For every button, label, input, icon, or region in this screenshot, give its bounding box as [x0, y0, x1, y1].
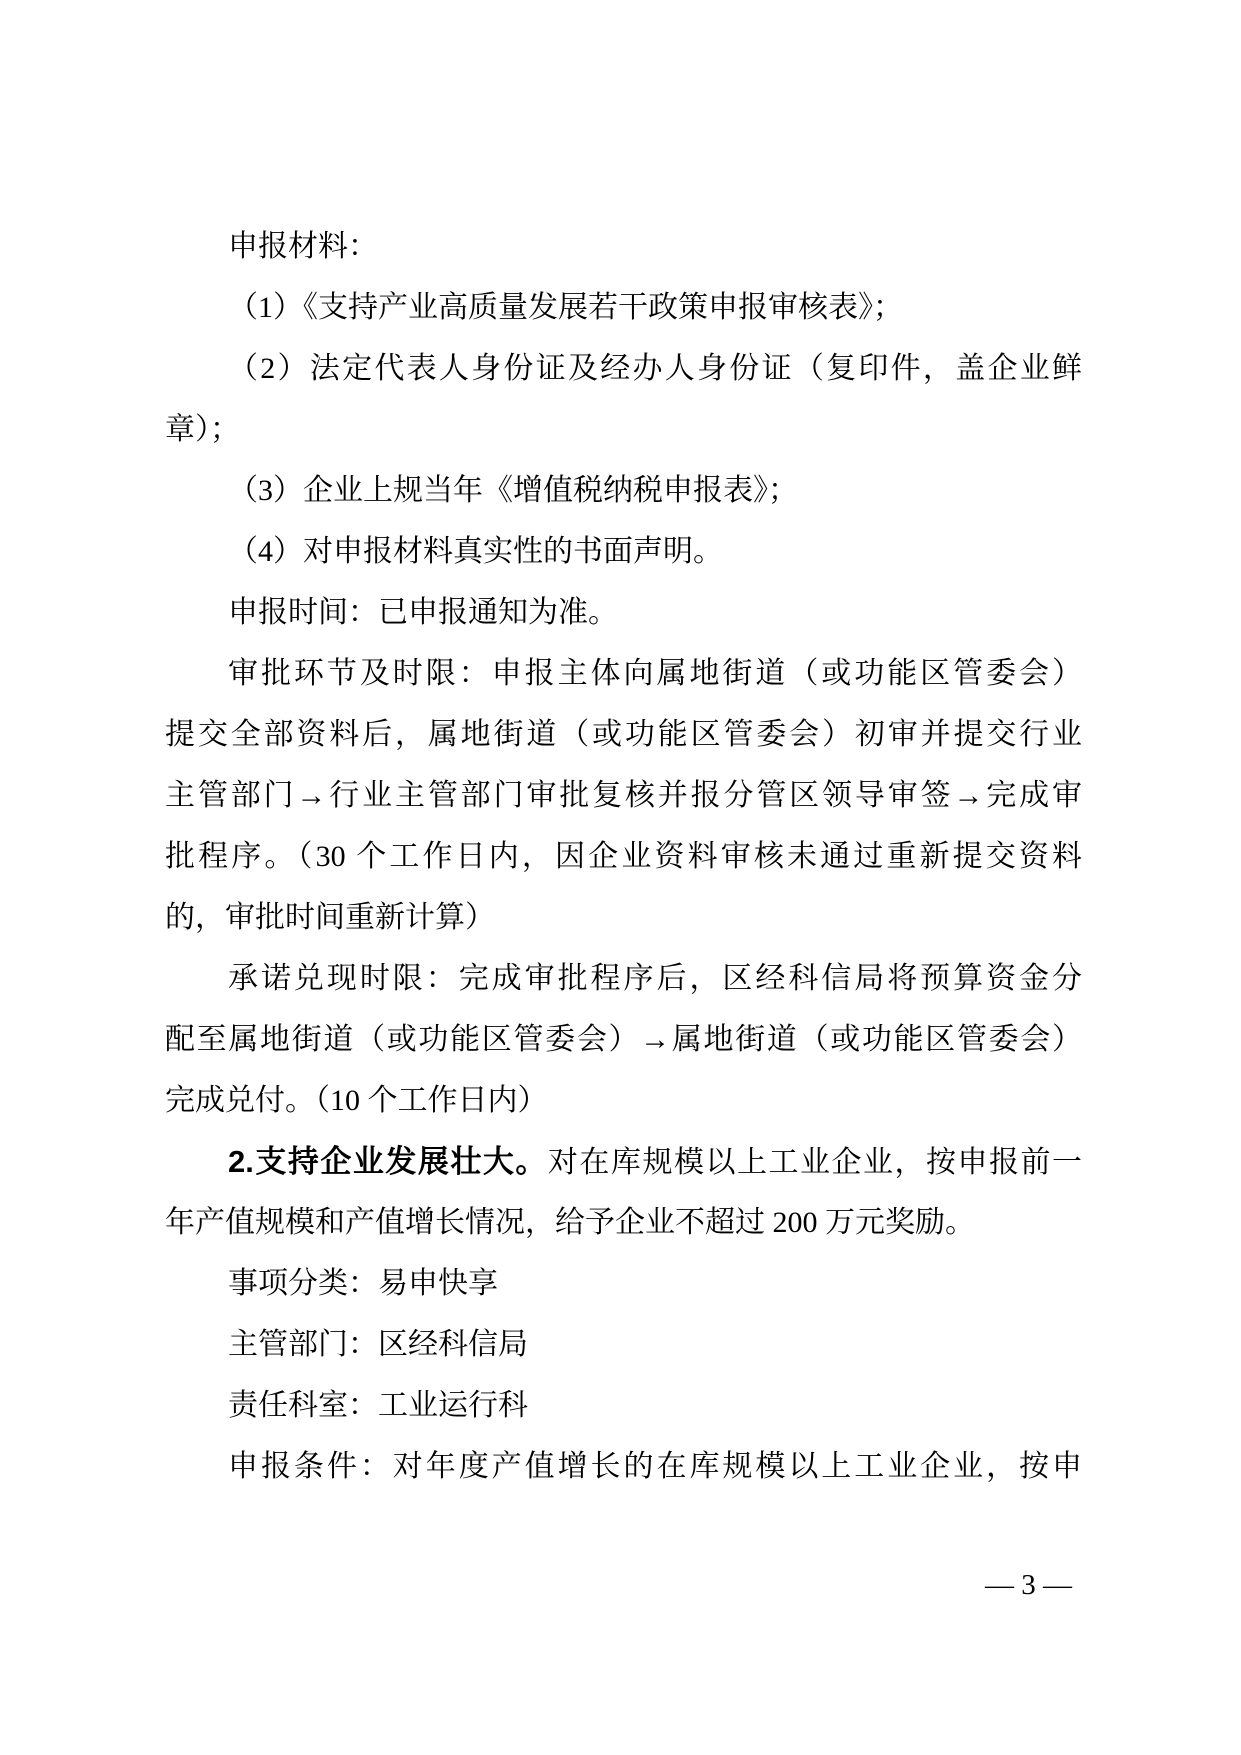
text-line: 申报材料：: [165, 216, 1082, 277]
text-run: 主管部门：区经科信局: [228, 1328, 528, 1361]
text-run: 提交全部资料后，属地街道（或功能区管委会）初审并提交行业: [165, 718, 1082, 751]
text-run: 批程序。（30 个工作日内，因企业资料审核未通过重新提交资料: [165, 840, 1082, 873]
text-line: 年产值规模和产值增长情况，给予企业不超过 200 万元奖励。: [165, 1192, 1082, 1253]
section-heading: 2.支持企业发展壮大。: [228, 1144, 548, 1179]
text-run: 申报条件：对年度产值增长的在库规模以上工业企业，按申: [228, 1450, 1082, 1483]
text-line: 申报条件：对年度产值增长的在库规模以上工业企业，按申: [165, 1436, 1082, 1497]
page-number: — 3 —: [985, 1565, 1072, 1605]
text-line: 章）；: [165, 399, 1082, 460]
text-line: 主管部门→行业主管部门审批复核并报分管区领导审签→完成审: [165, 765, 1082, 826]
text-line: 的，审批时间重新计算）: [165, 887, 1082, 948]
text-line: 2.支持企业发展壮大。对在库规模以上工业企业，按申报前一: [165, 1131, 1082, 1192]
document-body: 申报材料：（1）《支持产业高质量发展若干政策申报审核表》；（2）法定代表人身份证…: [165, 216, 1082, 1497]
text-line: （4）对申报材料真实性的书面声明。: [165, 521, 1082, 582]
text-run: 主管部门→行业主管部门审批复核并报分管区领导审签→完成审: [165, 779, 1082, 812]
text-run: 申报材料：: [228, 230, 378, 263]
text-line: 配至属地街道（或功能区管委会）→属地街道（或功能区管委会）: [165, 1009, 1082, 1070]
text-line: （1）《支持产业高质量发展若干政策申报审核表》；: [165, 277, 1082, 338]
text-run: 的，审批时间重新计算）: [165, 901, 495, 934]
text-run: 申报时间：已申报通知为准。: [228, 596, 618, 629]
text-line: （3）企业上规当年《增值税纳税申报表》；: [165, 460, 1082, 521]
text-run: 年产值规模和产值增长情况，给予企业不超过 200 万元奖励。: [165, 1206, 975, 1239]
text-line: 承诺兑现时限：完成审批程序后，区经科信局将预算资金分: [165, 948, 1082, 1009]
text-run: 事项分类：易申快享: [228, 1267, 498, 1300]
text-line: 完成兑付。（10 个工作日内）: [165, 1070, 1082, 1131]
text-run: 责任科室：工业运行科: [228, 1389, 528, 1422]
document-page: 申报材料：（1）《支持产业高质量发展若干政策申报审核表》；（2）法定代表人身份证…: [0, 0, 1241, 1755]
text-line: 批程序。（30 个工作日内，因企业资料审核未通过重新提交资料: [165, 826, 1082, 887]
text-run: 章）；: [165, 413, 240, 446]
text-line: 主管部门：区经科信局: [165, 1314, 1082, 1375]
text-run: 对在库规模以上工业企业，按申报前一: [548, 1146, 1082, 1179]
text-line: （2）法定代表人身份证及经办人身份证（复印件，盖企业鲜: [165, 338, 1082, 399]
text-line: 提交全部资料后，属地街道（或功能区管委会）初审并提交行业: [165, 704, 1082, 765]
text-line: 事项分类：易申快享: [165, 1253, 1082, 1314]
text-run: 配至属地街道（或功能区管委会）→属地街道（或功能区管委会）: [165, 1023, 1082, 1056]
text-line: 审批环节及时限：申报主体向属地街道（或功能区管委会）: [165, 643, 1082, 704]
text-run: 承诺兑现时限：完成审批程序后，区经科信局将预算资金分: [228, 962, 1082, 995]
text-run: （2）法定代表人身份证及经办人身份证（复印件，盖企业鲜: [228, 352, 1082, 385]
text-line: 责任科室：工业运行科: [165, 1375, 1082, 1436]
text-line: 申报时间：已申报通知为准。: [165, 582, 1082, 643]
text-run: （4）对申报材料真实性的书面声明。: [228, 535, 723, 568]
text-run: 审批环节及时限：申报主体向属地街道（或功能区管委会）: [228, 657, 1082, 690]
text-run: （1）《支持产业高质量发展若干政策申报审核表》；: [228, 291, 903, 324]
text-run: （3）企业上规当年《增值税纳税申报表》；: [228, 474, 798, 507]
text-run: 完成兑付。（10 个工作日内）: [165, 1084, 548, 1117]
